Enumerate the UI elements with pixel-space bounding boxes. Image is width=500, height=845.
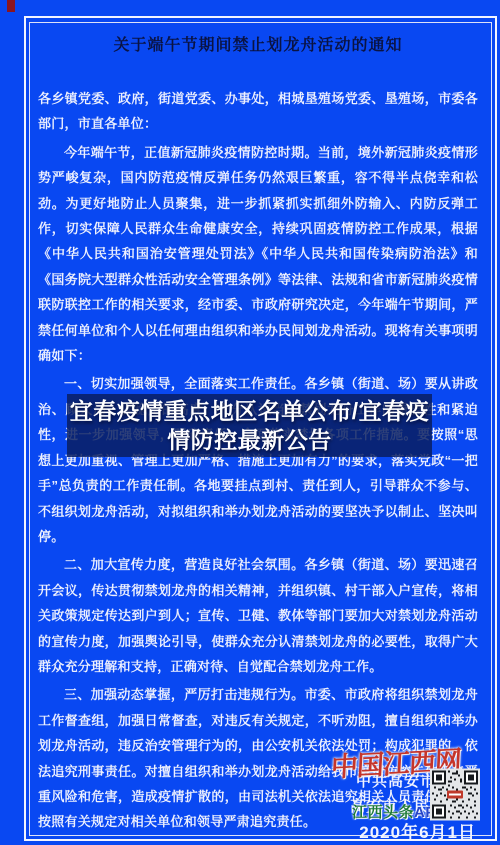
paragraph-intro: 今年端午节，正值新冠肺炎疫情防控时期。当前，境外新冠肺炎疫情形势严峻复杂，国内防… [38, 140, 478, 369]
headline-overlay: 宜春疫情重点地区名单公布/宜春疫 情防控最新公告 [67, 394, 432, 457]
notice-body: 各乡镇党委、政府，街道党委、办事处，相城垦殖场党委、垦殖场，市委各部门，市直各单… [38, 86, 478, 835]
headline-line-1: 宜春疫情重点地区名单公布/宜春疫 [67, 397, 432, 426]
notice-title: 关于端午节期间禁止划龙舟活动的通知 [38, 36, 478, 56]
qr-code [430, 768, 480, 821]
headline-line-2: 情防控最新公告 [67, 426, 432, 455]
notice-page: 关于端午节期间禁止划龙舟活动的通知 各乡镇党委、政府，街道党委、办事处，相城垦殖… [0, 0, 500, 845]
signature-date: 2020年6月1日 [0, 818, 476, 843]
salutation-line: 各乡镇党委、政府，街道党委、办事处，相城垦殖场党委、垦殖场，市委各部门，市直各单… [38, 86, 478, 137]
paragraph-item-2: 二、加大宣传力度，营造良好社会氛围。各乡镇（街道、场）要迅速召开会议，传达贯彻禁… [38, 552, 478, 679]
corner-red-mark [7, 0, 15, 12]
